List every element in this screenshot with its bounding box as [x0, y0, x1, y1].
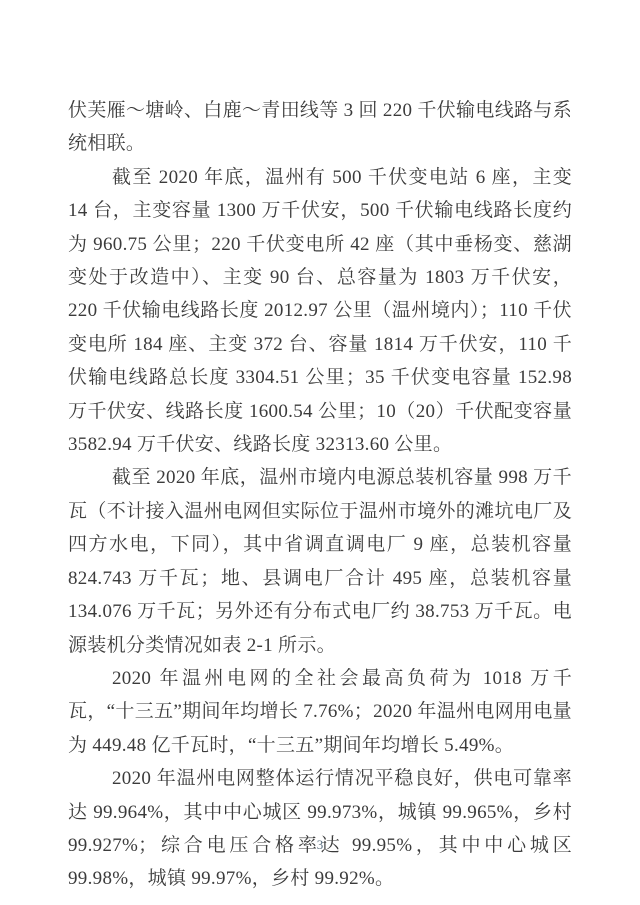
- document-body: 伏芙雁～塘岭、白鹿～青田线等 3 回 220 千伏输电线路与系统相联。 截至 2…: [68, 94, 572, 896]
- paragraph-reliability: 2020 年温州电网整体运行情况平稳良好，供电可靠率达 99.964%，其中中心…: [68, 762, 572, 896]
- document-page: 伏芙雁～塘岭、白鹿～青田线等 3 回 220 千伏输电线路与系统相联。 截至 2…: [0, 0, 640, 905]
- paragraph-load-and-consumption: 2020 年温州电网的全社会最高负荷为 1018 万千瓦，“十三五”期间年均增长…: [68, 662, 572, 762]
- paragraph-transmission-lines: 伏芙雁～塘岭、白鹿～青田线等 3 回 220 千伏输电线路与系统相联。: [68, 94, 572, 161]
- paragraph-installed-capacity: 截至 2020 年底，温州市境内电源总装机容量 998 万千瓦（不计接入温州电网…: [68, 461, 572, 661]
- page-number: 3: [0, 836, 640, 854]
- paragraph-grid-facilities: 截至 2020 年底，温州有 500 千伏变电站 6 座，主变 14 台，主变容…: [68, 161, 572, 462]
